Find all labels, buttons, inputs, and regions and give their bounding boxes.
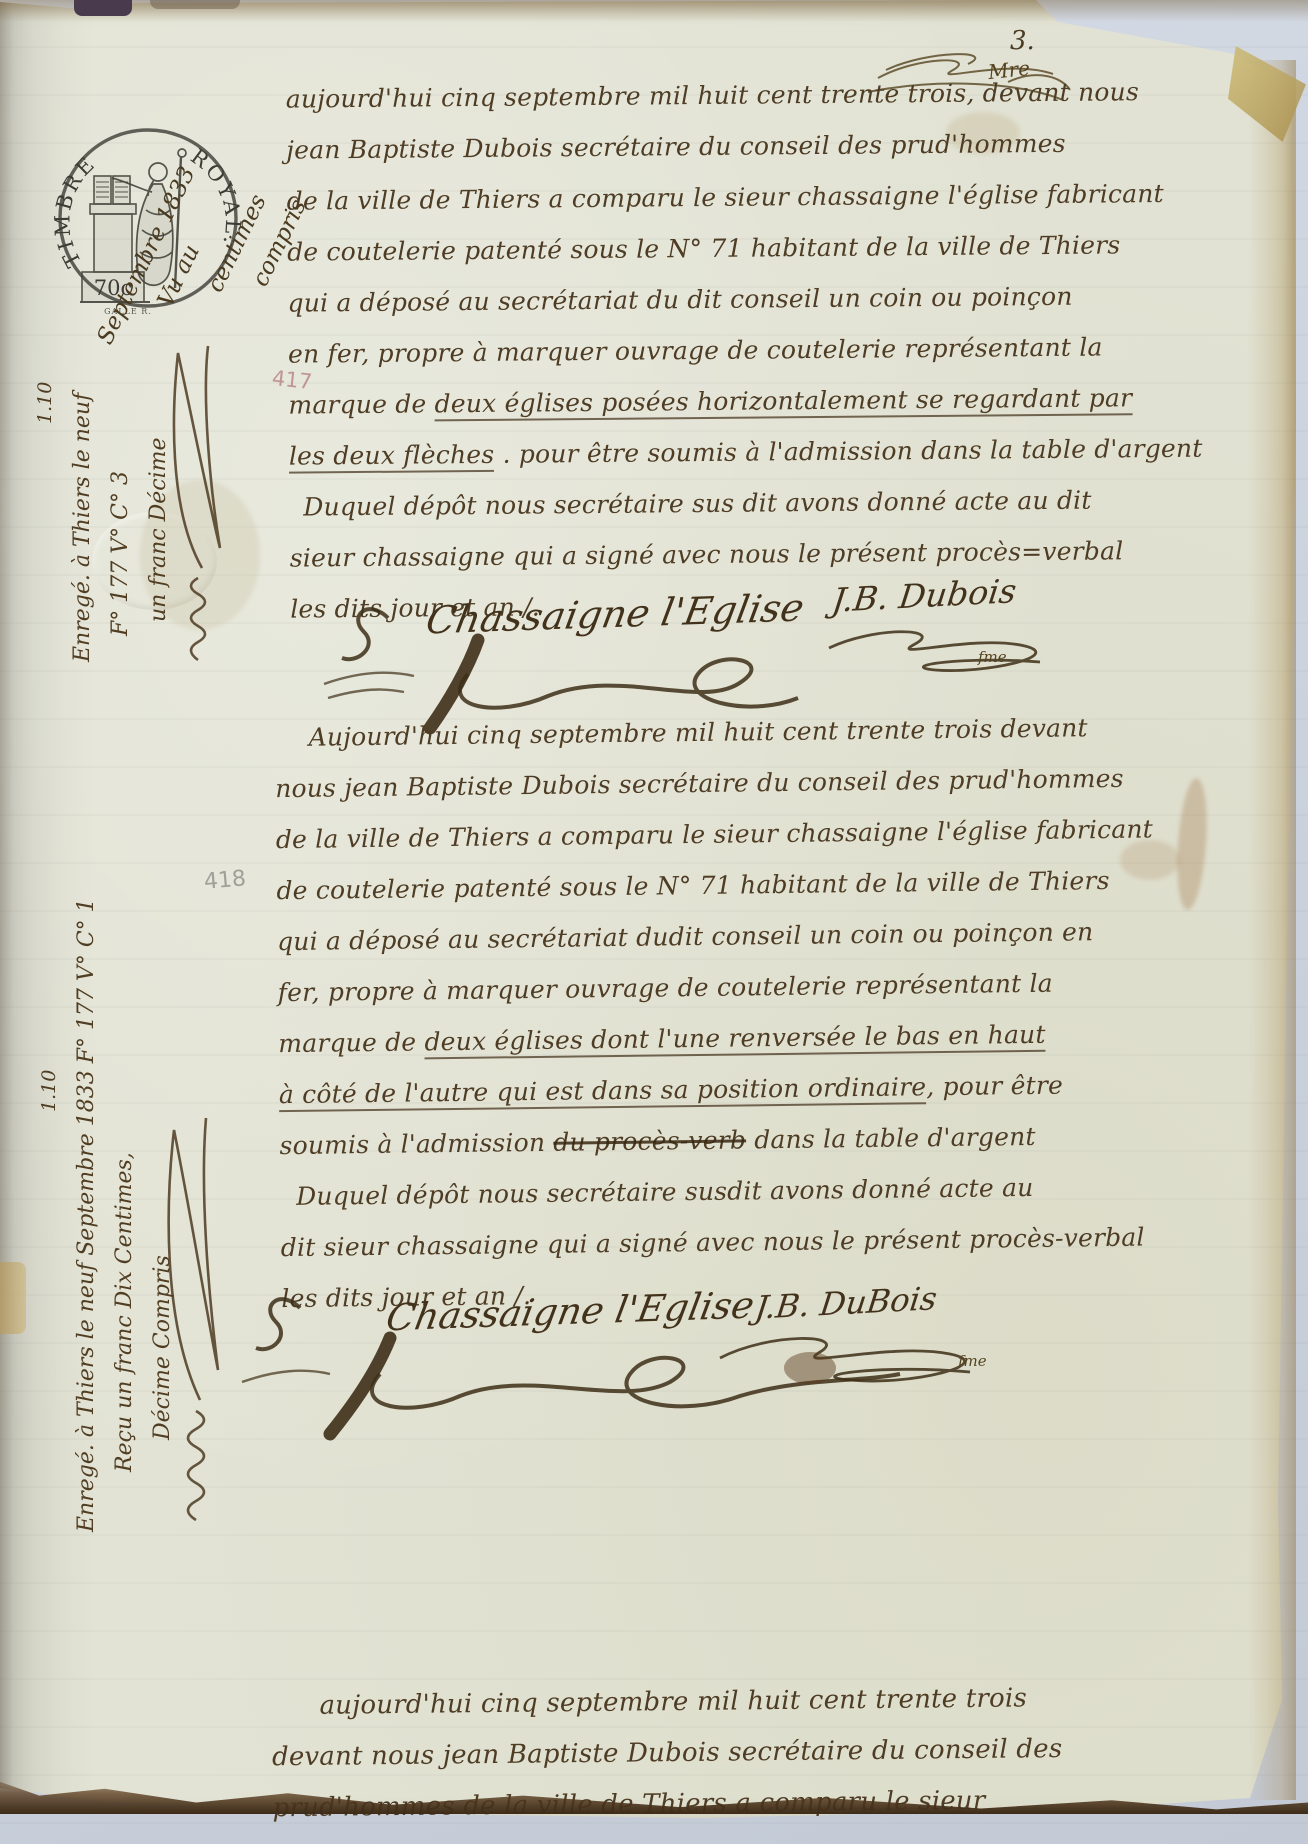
text-run: , pour être	[926, 1071, 1063, 1102]
signature-paraph-dubois-1	[815, 618, 1065, 698]
underlined-run: deux églises dont l'une renversée le bas…	[424, 1020, 1046, 1060]
text-run: marque de	[288, 389, 434, 419]
registration-note-1: 1.10 Enregé. à Thiers le neuf F° 177 V° …	[26, 322, 178, 662]
registrar-paraph-1	[158, 338, 228, 668]
text-line: aujourd'hui cinq septembre mil huit cent…	[271, 1672, 1091, 1732]
fee-amount: 1.10	[26, 322, 64, 662]
registration-line: Reçu un franc Dix Centimes,	[106, 792, 144, 1532]
registration-line: Enregé. à Thiers le neuf Septembre 1833 …	[68, 792, 106, 1532]
text-line: de coutelerie patenté sous le N° 71 habi…	[287, 219, 1117, 277]
text-run: dans la table d'argent	[746, 1122, 1036, 1155]
registrar-paraph-2	[150, 1110, 230, 1530]
text-run: marque de	[278, 1027, 424, 1058]
pencil-folio-418: 418	[203, 866, 247, 895]
text-line: devant nous jean Baptiste Dubois secréta…	[272, 1723, 1092, 1783]
text-line: les deux flèches . pour être soumis à l'…	[289, 423, 1119, 481]
text-line: aujourd'hui cinq septembre mil huit cent…	[286, 66, 1116, 124]
text-line: marque de deux églises posées horizontal…	[288, 372, 1118, 430]
scanned-manuscript-page: { "page": { "number": "3.", "scribble": …	[0, 0, 1308, 1844]
act-1-text: aujourd'hui cinq septembre mil huit cent…	[286, 66, 1121, 634]
torn-spine-tab	[0, 1262, 26, 1334]
signature-note-1: fme	[978, 648, 1007, 666]
text-line: qui a déposé au secrétariat du dit conse…	[287, 270, 1117, 328]
registration-line: F° 177 V° C° 3	[102, 322, 140, 662]
binding-remnant	[150, 0, 240, 9]
fee-amount: 1.10	[30, 792, 68, 1532]
underlined-run: deux églises posées horizontalement se r…	[434, 383, 1132, 421]
underlined-run: les deux flèches	[289, 440, 495, 474]
registration-line: Enregé. à Thiers le neuf	[64, 322, 102, 662]
signature-note-2: fme	[958, 1352, 987, 1370]
text-run: soumis à l'admission	[279, 1128, 553, 1160]
text-line: de la ville de Thiers a comparu le sieur…	[286, 168, 1116, 226]
act-2-text: Aujourd'hui cinq septembre mil huit cent…	[274, 703, 1121, 1325]
text-line: Duquel dépôt nous secrétaire sus dit avo…	[289, 474, 1119, 532]
text-run: . pour être soumis à l'admission dans la…	[494, 434, 1202, 469]
binding-remnant	[74, 0, 132, 16]
text-line: en fer, propre à marquer ouvrage de cout…	[288, 321, 1118, 379]
text-line: prud'hommes de la ville de Thiers a comp…	[272, 1774, 1092, 1834]
underlined-run: à côté de l'autre qui est dans sa positi…	[279, 1072, 927, 1112]
struck-run: du procès-verb	[553, 1125, 746, 1156]
text-line: jean Baptiste Dubois secrétaire du conse…	[286, 117, 1116, 175]
page-edge-right	[1248, 60, 1296, 1800]
